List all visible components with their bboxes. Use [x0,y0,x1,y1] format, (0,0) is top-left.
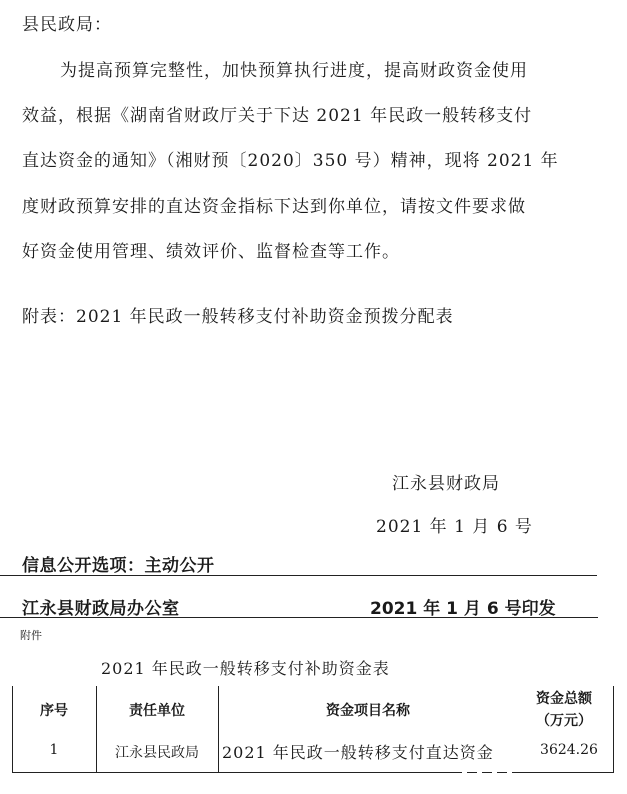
appendix-title: 2021 年民政一般转移支付补助资金表 [101,656,390,679]
issue-date: 2021 年 1 月 6 号印发 [370,594,556,619]
header-project: 资金项目名称 [218,700,518,720]
funding-table: 序号 责任单位 资金项目名称 资金总额 （万元） 1 江永县民政局 2021 年… [12,686,614,773]
header-amount: 资金总额 [514,688,614,708]
row-unit: 江永县民政局 [96,742,218,762]
divider-bottom [0,617,598,618]
table-border-bottom-right [512,772,614,773]
table-border-bottom [12,772,462,773]
body-line-1: 为提高预算完整性，加快预算执行进度，提高财政资金使用 [60,56,528,81]
signature-date: 2021 年 1 月 6 号 [376,512,533,537]
body-line-5: 好资金使用管理、绩效评价、监督检查等工作。 [22,237,400,262]
body-line-3: 直达资金的通知》（湘财预〔2020〕350 号）精神，现将 2021 年 [22,146,559,171]
attachment-note: 附表：2021 年民政一般转移支付补助资金预拨分配表 [22,302,454,327]
signature-org: 江永县财政局 [392,469,500,494]
body-line-4: 度财政预算安排的直达资金指标下达到你单位，请按文件要求做 [22,192,526,217]
row-index: 1 [12,742,96,758]
table-border-dash [467,772,477,773]
row-project: 2021 年民政一般转移支付直达资金 [222,740,522,763]
disclosure-option: 信息公开选项：主动公开 [22,551,215,576]
header-index: 序号 [12,700,96,720]
appendix-label: 附件 [20,627,42,643]
issuer: 江永县财政局办公室 [22,594,180,619]
row-amount: 3624.26 [524,742,614,758]
table-border-dash [482,772,492,773]
header-amount-unit: （万元） [514,710,614,730]
table-border-dash [497,772,507,773]
divider-top [0,575,597,576]
header-unit: 责任单位 [96,700,218,720]
body-line-2: 效益，根据《湖南省财政厅关于下达 2021 年民政一般转移支付 [22,101,532,126]
salutation: 县民政局： [22,10,112,35]
